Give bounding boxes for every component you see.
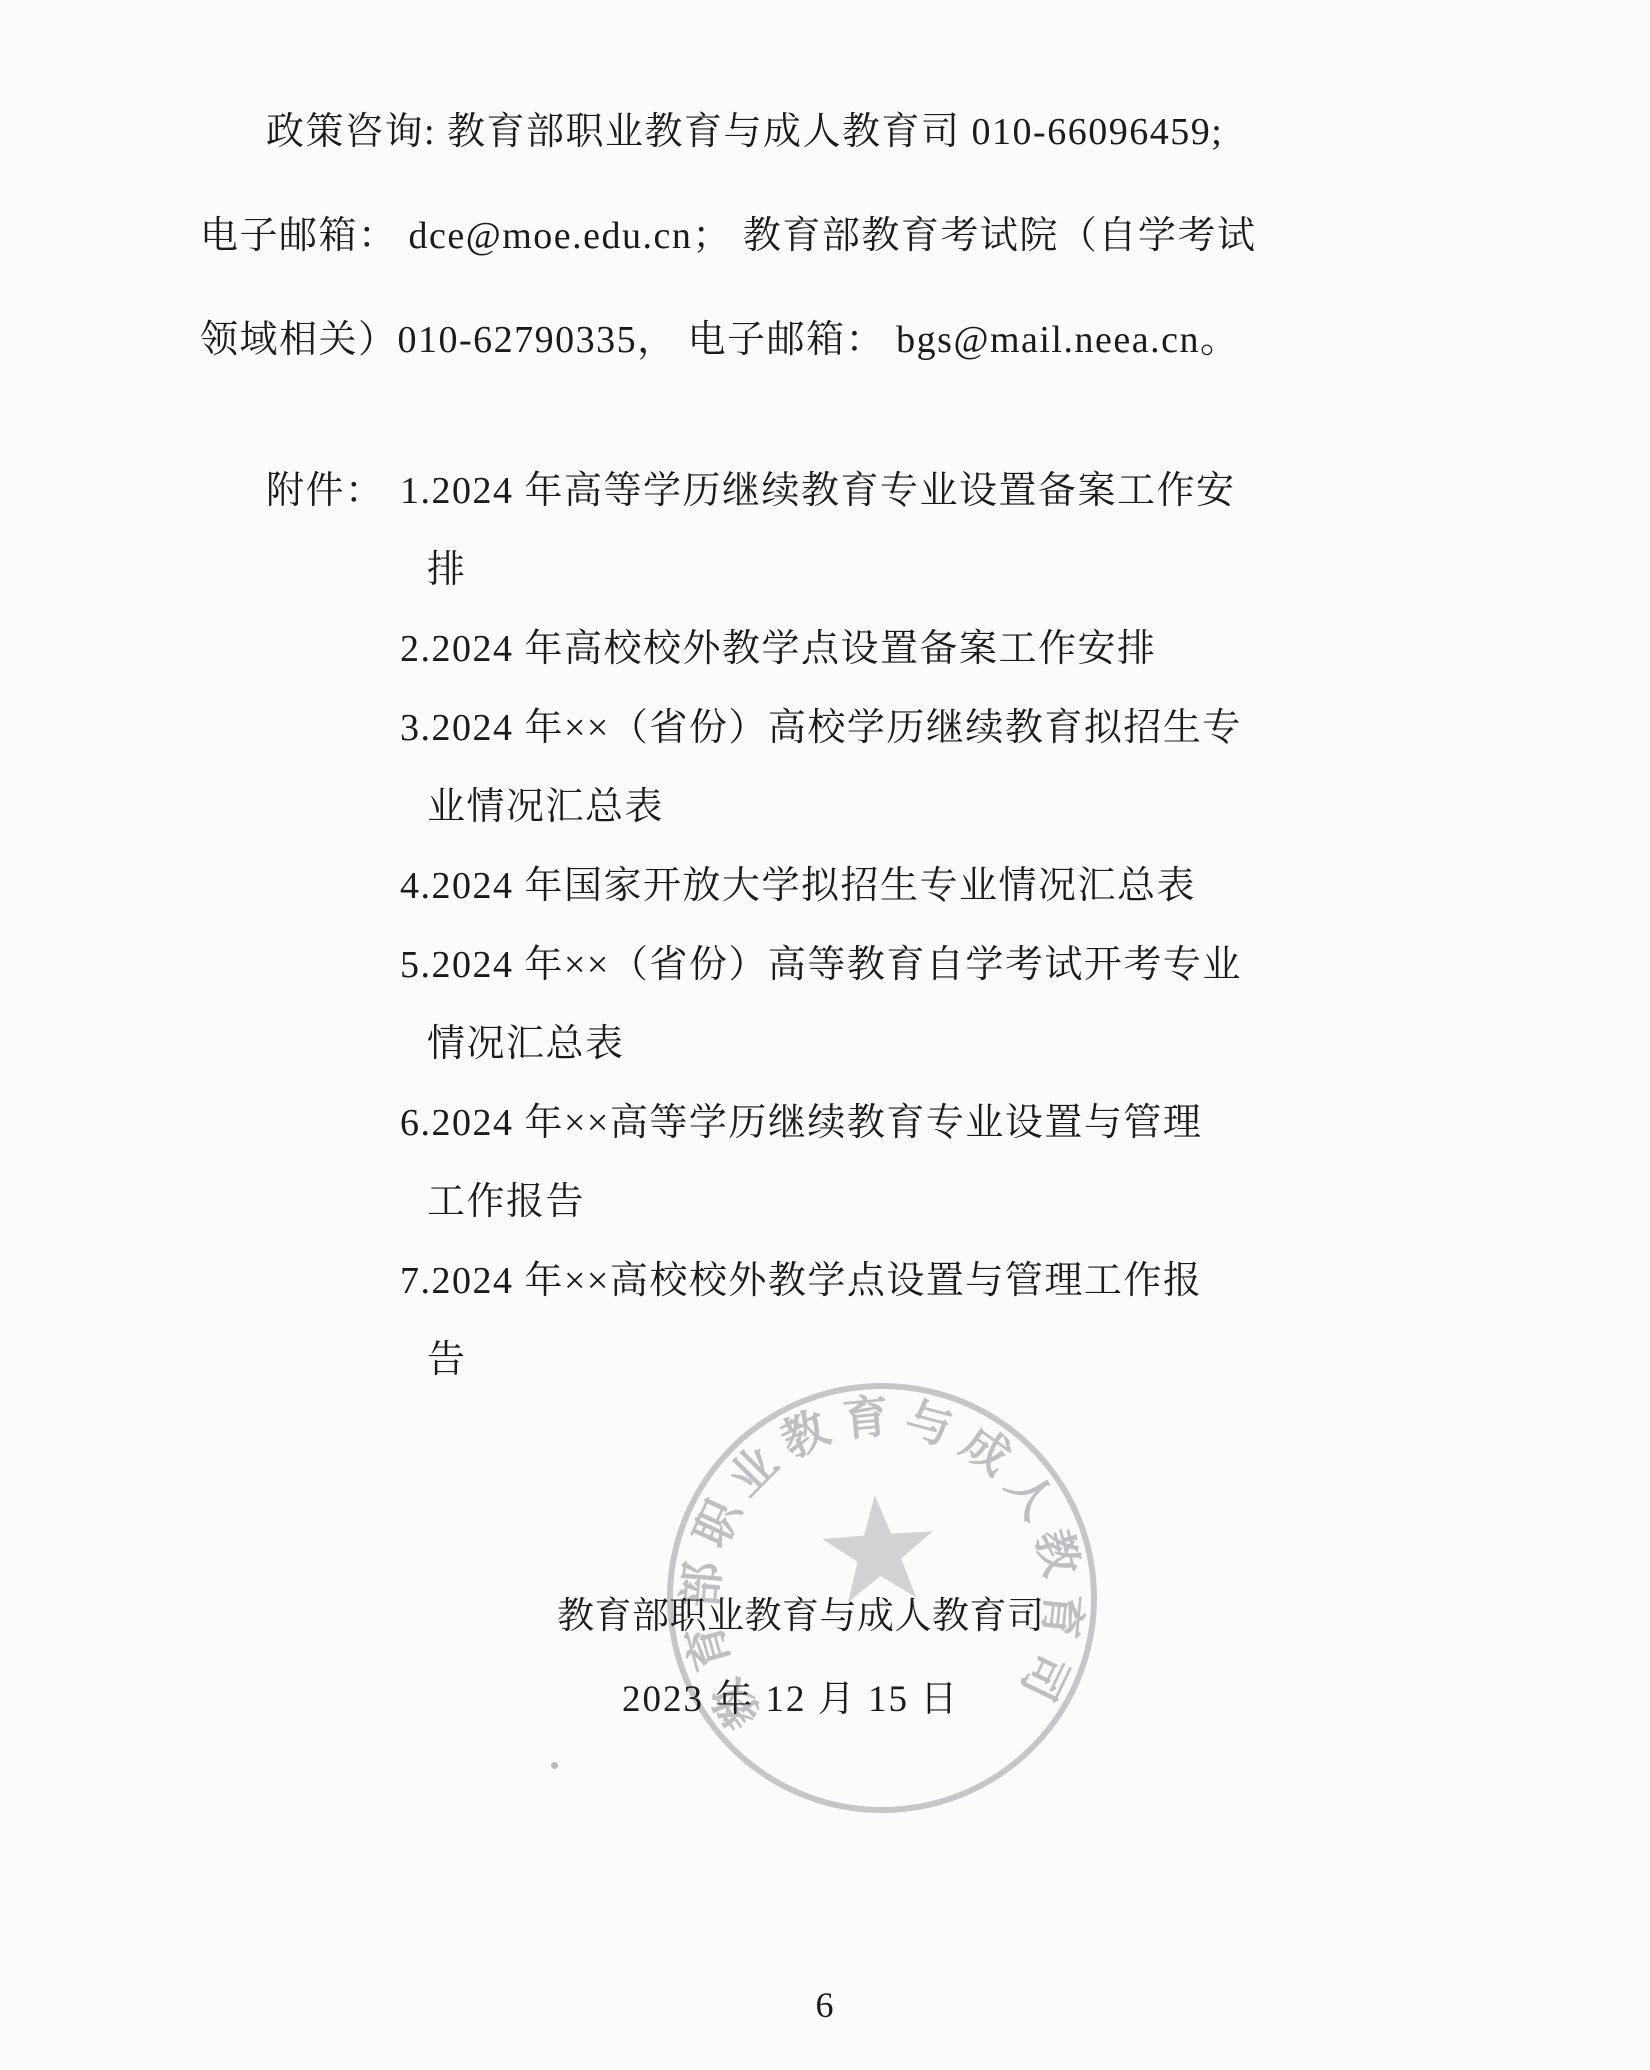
attachment-line: 7.2024 年××高校校外教学点设置与管理工作报 <box>200 1242 1210 1321</box>
contact-line-2: 电子邮箱： dce@moe.edu.cn； 教育部教育考试院（自学考试 <box>200 184 1190 288</box>
attachments-block: 附件： 1.2024 年高等学历继续教育专业设置备案工作安 排 2.2024 年… <box>200 452 1210 1400</box>
attachment-line: 附件： 1.2024 年高等学历继续教育专业设置备案工作安 <box>200 452 1210 531</box>
attachment-line: 5.2024 年××（省份）高等教育自学考试开考专业 <box>200 926 1210 1005</box>
attachment-line-text: 1.2024 年高等学历继续教育专业设置备案工作安 <box>400 452 1236 531</box>
page-number: 6 <box>0 1984 1650 2026</box>
contact-paragraph: 政策咨询: 教育部职业教育与成人教育司 010-66096459; 电子邮箱： … <box>200 80 1190 392</box>
stray-mark <box>551 1762 558 1769</box>
signature-department: 教育部职业教育与成人教育司 <box>557 1585 1045 1639</box>
signature-date: 2023 年 12 月 15 日 <box>622 1668 959 1722</box>
contact-line-1: 政策咨询: 教育部职业教育与成人教育司 010-66096459; <box>200 80 1190 184</box>
attachments-label: 附件： <box>200 452 400 531</box>
contact-line-3: 领域相关）010-62790335， 电子邮箱： bgs@mail.neea.c… <box>200 288 1190 392</box>
attachment-line: 排 <box>200 531 1210 610</box>
attachment-line: 业情况汇总表 <box>200 768 1210 847</box>
document-page: 政策咨询: 教育部职业教育与成人教育司 010-66096459; 电子邮箱： … <box>0 0 1650 2070</box>
attachment-line: 3.2024 年××（省份）高校学历继续教育拟招生专 <box>200 689 1210 768</box>
attachment-line: 2.2024 年高校校外教学点设置备案工作安排 <box>200 610 1210 689</box>
attachment-line: 6.2024 年××高等学历继续教育专业设置与管理 <box>200 1084 1210 1163</box>
attachment-line: 情况汇总表 <box>200 1005 1210 1084</box>
attachment-line: 4.2024 年国家开放大学拟招生专业情况汇总表 <box>200 847 1210 926</box>
attachment-line: 工作报告 <box>200 1163 1210 1242</box>
